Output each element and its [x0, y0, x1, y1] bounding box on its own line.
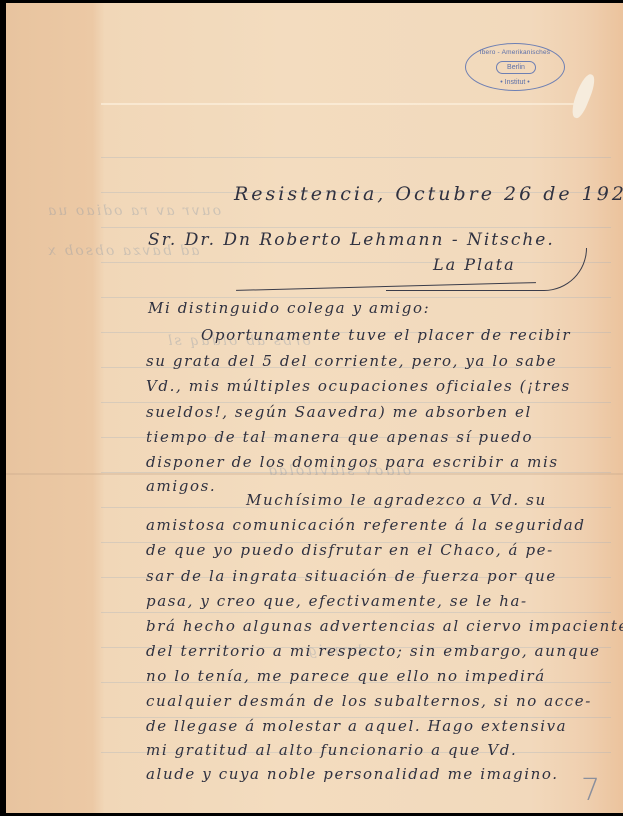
stamp-line-3: • Institut •	[466, 79, 564, 86]
stamp-line-2: Berlin	[496, 61, 536, 74]
stamp-line-1: Ibero - Amerikanisches	[466, 49, 564, 56]
body-line: disponer de los domingos para escribir a…	[146, 453, 559, 471]
body-line: no lo tenía, me parece que ello no imped…	[146, 667, 546, 685]
addressee-name: Sr. Dr. Dn Roberto Lehmann - Nitsche.	[148, 230, 555, 250]
body-line: alude y cuya noble personalidad me imagi…	[146, 765, 559, 783]
body-line: mi gratitud al alto funcionario a que Vd…	[146, 741, 517, 759]
institute-stamp: Ibero - Amerikanisches Berlin • Institut…	[465, 43, 565, 91]
letter-scan: ouvr av ra odiao ua ad bavza obsob x orb…	[6, 3, 623, 813]
body-line: amistosa comunicación referente á la seg…	[146, 516, 586, 534]
body-line: sar de la ingrata situación de fuerza po…	[146, 567, 557, 585]
body-line: sueldos!, según Saavedra) me absorben el	[146, 403, 532, 421]
place-date: Resistencia, Octubre 26 de 1924	[234, 183, 623, 205]
body-line: su grata del 5 del corriente, pero, ya l…	[146, 352, 557, 370]
body-line: tiempo de tal manera que apenas sí puedo	[146, 428, 533, 446]
page-number: 7	[581, 773, 600, 808]
body-line: Vd., mis múltiples ocupaciones oficiales…	[146, 377, 571, 395]
bleed-through-text: ouvr av ra odiao ua	[46, 203, 221, 219]
paper-tear	[568, 72, 598, 120]
salutation: Mi distinguido colega y amigo:	[148, 299, 430, 317]
paper-fold-top	[101, 103, 581, 105]
body-line: de llegase á molestar a aquel. Hago exte…	[146, 717, 567, 735]
body-line: cualquier desmán de los subalternos, si …	[146, 692, 592, 710]
body-line: Muchísimo le agradezco a Vd. su	[246, 491, 547, 509]
body-line: brá hecho algunas advertencias al ciervo…	[146, 617, 623, 635]
body-line: pasa, y creo que, efectivamente, se le h…	[146, 592, 528, 610]
body-line: amigos.	[146, 477, 216, 495]
body-line: Oportunamente tuve el placer de recibir	[201, 326, 571, 344]
body-line: del territorio a mi respecto; sin embarg…	[146, 642, 601, 660]
body-line: de que yo puedo disfrutar en el Chaco, á…	[146, 541, 554, 559]
